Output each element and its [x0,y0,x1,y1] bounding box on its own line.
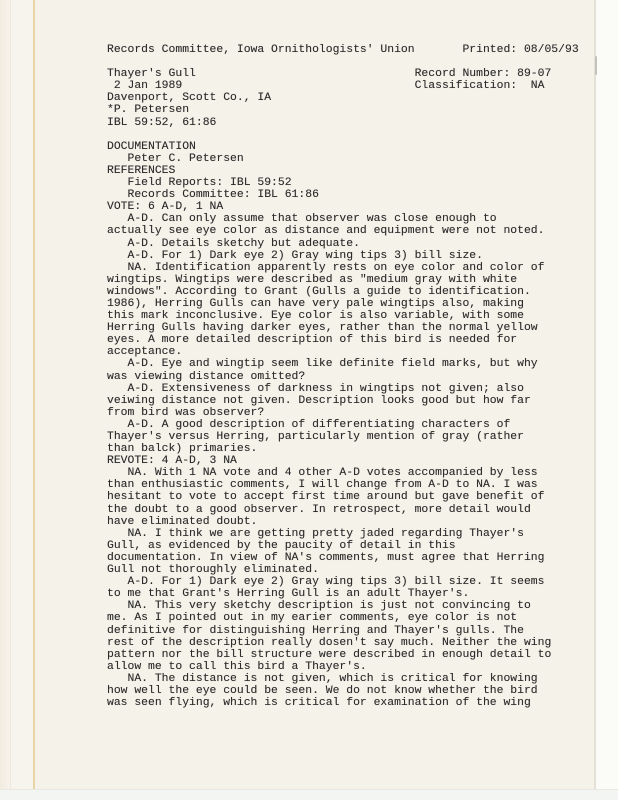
text-line: Gull, as evidenced by the paucity of det… [107,540,579,552]
scan-left-margin-line [10,0,11,800]
text-line [107,129,579,141]
text-line: documentation. In view of NA's comments,… [107,552,579,564]
text-line: the doubt to a good observer. In retrosp… [107,504,579,516]
text-line: 2 Jan 1989 Classification: NA [107,80,579,92]
text-line: than balck) primaries. [107,443,579,455]
text-line: to me that Grant's Herring Gull is an ad… [107,588,579,600]
text-line: Thayer's Gull Record Number: 89-07 [107,68,579,80]
document-page: Records Committee, Iowa Ornithologists' … [35,0,594,800]
text-line: A-D. Eye and wingtip seem like definite … [107,358,579,370]
text-line: have eliminated doubt. [107,516,579,528]
text-line: windows". According to Grant (Gulls a gu… [107,286,579,298]
text-line: Davenport, Scott Co., IA [107,92,579,104]
text-line: was seen flying, which is critical for e… [107,697,579,709]
text-line: A-D. Can only assume that observer was c… [107,213,579,225]
text-line: Thayer's versus Herring, particularly me… [107,431,579,443]
text-line: acceptance. [107,346,579,358]
text-line: how well the eye could be seen. We do no… [107,685,579,697]
text-line: NA. I think we are getting pretty jaded … [107,528,579,540]
text-line: NA. This very sketchy description is jus… [107,600,579,612]
text-line: A-D. Details sketchy but adequate. [107,238,579,250]
text-line: NA. Identification apparently rests on e… [107,262,579,274]
text-line: from bird was observer? [107,407,579,419]
text-line: was viewing distance omitted? [107,371,579,383]
scan-artifact-mark [595,56,597,75]
text-line: eyes. A more detailed description of thi… [107,334,579,346]
text-line: A-D. A good description of differentiati… [107,419,579,431]
text-line: IBL 59:52, 61:86 [107,117,579,129]
text-line: A-D. For 1) Dark eye 2) Gray wing tips 3… [107,250,579,262]
text-line: 1986), Herring Gulls can have very pale … [107,298,579,310]
scan-bottom-edge [0,789,618,800]
text-line: Records Committee, Iowa Ornithologists' … [107,44,579,56]
scan-left-margin [0,0,33,800]
text-line: Records Committee: IBL 61:86 [107,189,579,201]
text-line: A-D. Extensiveness of darkness in wingti… [107,383,579,395]
text-line: actually see eye color as distance and e… [107,225,579,237]
text-line: hesitant to vote to accept first time ar… [107,491,579,503]
text-line: this mark inconclusive. Eye color is als… [107,310,579,322]
text-line: Field Reports: IBL 59:52 [107,177,579,189]
text-line: Peter C. Petersen [107,153,579,165]
text-line: VOTE: 6 A-D, 1 NA [107,201,579,213]
text-line: pattern nor the bill structure were desc… [107,649,579,661]
text-line: me. As I pointed out in my earier commen… [107,612,579,624]
scan-right-margin [596,0,618,800]
text-line [107,56,579,68]
text-line: NA. With 1 NA vote and 4 other A-D votes… [107,467,579,479]
text-line: DOCUMENTATION [107,141,579,153]
text-line: allow me to call this bird a Thayer's. [107,661,579,673]
text-line: rest of the description really dosen't s… [107,637,579,649]
scanned-document: Records Committee, Iowa Ornithologists' … [0,0,618,800]
text-line: definitive for distinguishing Herring an… [107,625,579,637]
text-line: Herring Gulls having darker eyes, rather… [107,322,579,334]
text-line: *P. Petersen [107,104,579,116]
typewritten-text: Records Committee, Iowa Ornithologists' … [107,44,579,709]
text-line: veiwing distance not given. Description … [107,395,579,407]
text-line: NA. The distance is not given, which is … [107,673,579,685]
text-line: A-D. For 1) Dark eye 2) Gray wing tips 3… [107,576,579,588]
text-line: wingtips. Wingtips were described as "me… [107,274,579,286]
text-line: than enthusiastic comments, I will chang… [107,479,579,491]
text-line: REFERENCES [107,165,579,177]
text-line: REVOTE: 4 A-D, 3 NA [107,455,579,467]
text-line: Gull not thoroughly eliminated. [107,564,579,576]
